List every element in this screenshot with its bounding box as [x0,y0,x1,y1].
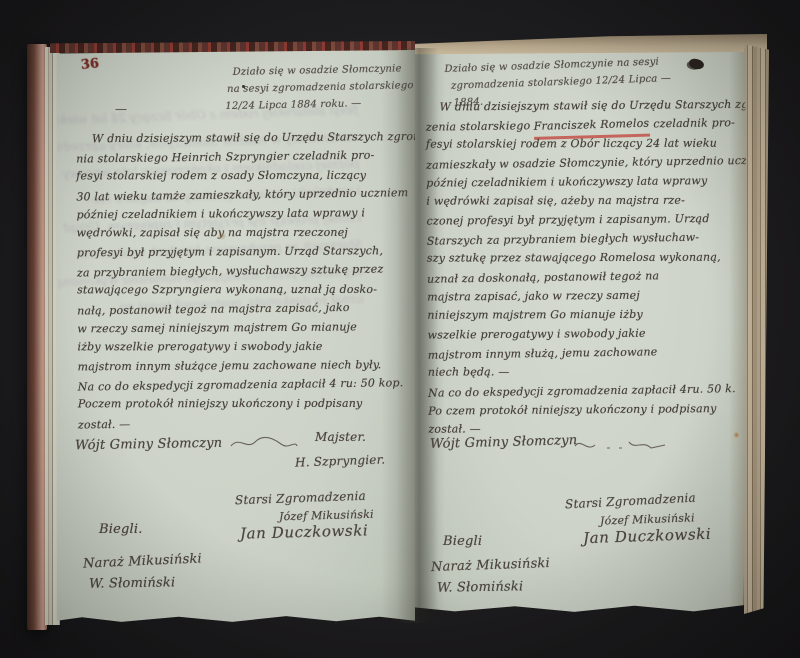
body-line: majstrom innym służące jemu zachowane ni… [78,355,457,377]
starsi-label: Starsi Zgromadzenia [235,489,366,508]
body-line: profesyi był przyjętym i zapisanym. Urzą… [77,241,456,263]
biegli-signature: Naraż Mikusiński [431,556,550,575]
body-line: w rzeczy samej niniejszym majstrem Go mi… [77,317,456,339]
body-line: Poczem protokół niniejszy ukończony i po… [78,394,456,414]
majster-signature: H. Szpryngier. [295,452,386,469]
ink-smudge [688,58,704,70]
rust-stain [733,432,740,438]
starsi-label: Starsi Zgromadzenia [565,491,696,512]
page-number: 36 [80,56,100,73]
body-line: 30 lat wieku tamże zamieszkały, który up… [76,183,455,207]
left-body-paragraph: W dniu dzisiejszym stawił się do Urzędu … [76,127,457,434]
left-header: Działo się w osadzie Słomczynie na sesyi… [232,60,414,115]
body-line: później czeladnikiem i ukończywszy lata … [76,203,455,225]
spine-left-board [27,44,47,630]
body-line: stawającego Szpryngiera wykonaną, uznał … [77,280,455,300]
body-line: wszelkie prerogatywy i swobody jakie [428,322,792,344]
majster-label: Majster. [315,430,366,444]
body-line: szy sztukę przez stawającego Romelosa wy… [427,247,791,267]
fore-edge-page-stack [744,44,769,614]
photo-background: fesyi stolarskiej rodem z Obór liczący 2… [0,0,800,658]
body-line: Na co do ekspedycji zgromadzenia zapłaci… [78,373,457,397]
body-line: niech będą. — [428,361,792,381]
wojt-signature-flourish [573,436,668,456]
body-line: nałą, postanowił tegoż na majstra zapisa… [77,297,456,321]
body-line: czonej profesyi był przyjętym i zapisany… [427,208,791,230]
right-page: Działo się w osadzie Słomczynie na sesyi… [415,52,747,613]
body-line: wędrówki, zapisał się aby na majstra rze… [77,223,455,243]
name-line-post: czeladnik pro- [650,116,736,130]
foxing-stain [217,232,227,240]
biegli-label: Biegli. [99,522,143,537]
margin-dash: — [115,102,127,116]
body-line: Na co do ekspedycji zgromadzenia zapłaci… [428,378,792,402]
body-line: został. — [78,411,457,435]
body-line: iżby wszelkie prerogatywy i swobody jaki… [77,337,455,357]
wojt-signature: Wójt Gminy Słomczyn [430,433,578,452]
body-line: fesyi stolarskiej rodem z Obór liczący 2… [426,133,790,153]
body-line: W dniu dzisiejszym stawił się do Urzędu … [76,127,455,149]
header-line: Działo się w osadzie Słomczynie [232,60,413,81]
wojt-signature-flourish [229,434,299,454]
right-body-paragraph: W dniu dzisiejszym stawił się do Urzędu … [426,94,793,439]
left-page: fesyi stolarskiej rodem z Obór liczący 2… [57,50,415,623]
body-line: za przybraniem biegłych, wysłuchawszy sz… [77,259,456,283]
body-line: i wędrówki zapisał się, ażeby na majstra… [426,190,790,210]
header-line: na sesyi zgromadzenia stolarskiego [227,77,414,98]
biegli-label: Biegli [443,534,482,549]
body-line: W dniu dzisiejszym stawił się do Urzędu … [426,94,790,116]
biegli-signature: W. Słomiński [437,579,524,596]
starsi-signature: Jan Duczkowski [583,525,712,547]
biegli-signature: Naraż Mikusiński [83,551,202,571]
body-line: zamieszkały w osadzie Słomczynie, który … [426,150,790,174]
biegli-signature: W. Słomiński [89,575,176,592]
body-line: niniejszym majstrem Go mianuje iżby [427,304,791,324]
header-line: 12/24 Lipca 1884 roku. — [225,94,414,115]
starsi-signature: Jan Duczkowski [240,521,369,542]
body-line: nia stolarskiego Heinrich Szpryngier cze… [76,145,455,169]
body-line: fesyi stolarskiej rodem z osady Słomczyn… [76,166,454,186]
wojt-signature: Wójt Gminy Słomczyn [75,436,223,454]
ink-dot [242,85,245,88]
name-line-pre: zenia stolarskiego [426,119,534,134]
body-line: uznał za doskonałą, postanowił tegoż na [427,264,791,288]
